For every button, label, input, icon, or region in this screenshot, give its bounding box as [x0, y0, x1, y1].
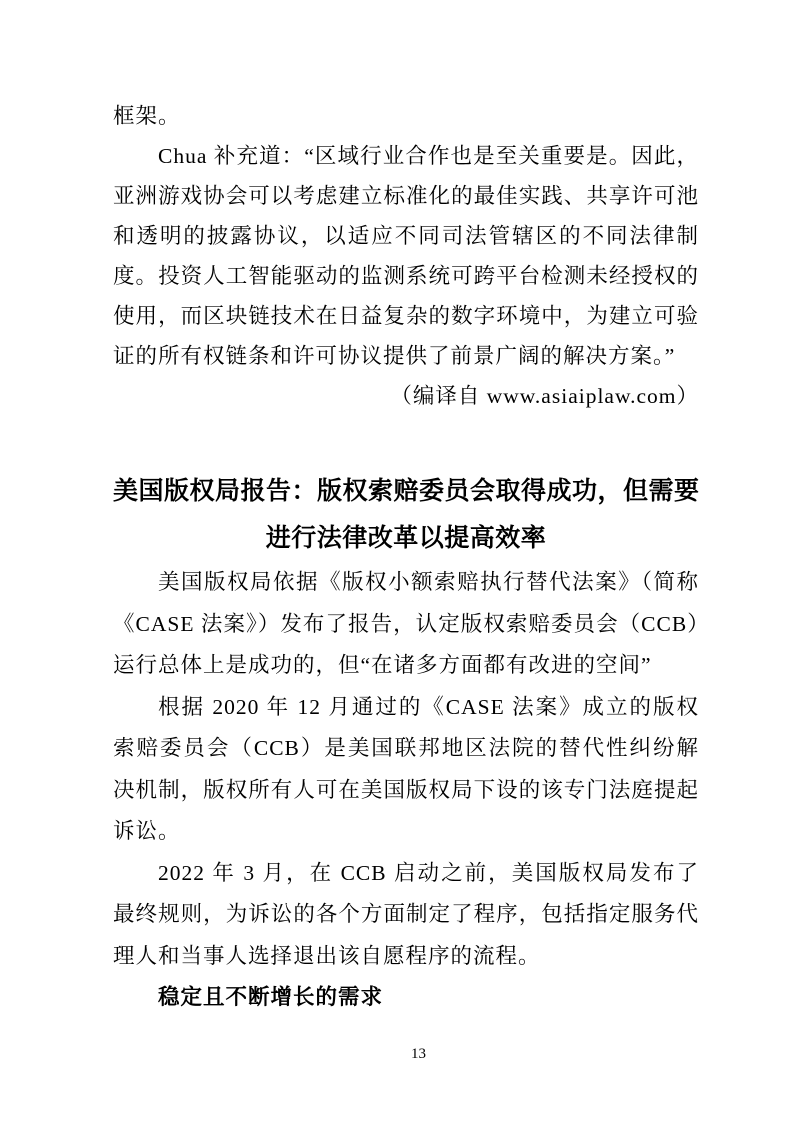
paragraph-continuation: 框架。: [113, 96, 699, 136]
quote-paragraph: Chua 补充道：“区域行业合作也是至关重要是。因此，亚洲游戏协会可以考虑建立标…: [113, 136, 699, 376]
page-content: 框架。 Chua 补充道：“区域行业合作也是至关重要是。因此，亚洲游戏协会可以考…: [113, 96, 699, 1019]
document-page: 框架。 Chua 补充道：“区域行业合作也是至关重要是。因此，亚洲游戏协会可以考…: [0, 0, 793, 1122]
article-title: 美国版权局报告：版权索赔委员会取得成功，但需要 进行法律改革以提高效率: [113, 468, 699, 562]
article-title-line-1: 美国版权局报告：版权索赔委员会取得成功，但需要: [113, 468, 699, 515]
article-title-line-2: 进行法律改革以提高效率: [113, 515, 699, 562]
article-paragraph: 2022 年 3 月，在 CCB 启动之前，美国版权局发布了最终规则，为诉讼的各…: [113, 853, 699, 978]
article-subheading: 稳定且不断增长的需求: [113, 977, 699, 1019]
page-number: 13: [411, 1046, 426, 1063]
article-paragraph: 根据 2020 年 12 月通过的《CASE 法案》成立的版权索赔委员会（CCB…: [113, 687, 699, 853]
article-paragraph: 美国版权局依据《版权小额索赔执行替代法案》（简称《CASE 法案》）发布了报告，…: [113, 562, 699, 687]
attribution-line: （编译自 www.asiaiplaw.com）: [113, 376, 699, 416]
